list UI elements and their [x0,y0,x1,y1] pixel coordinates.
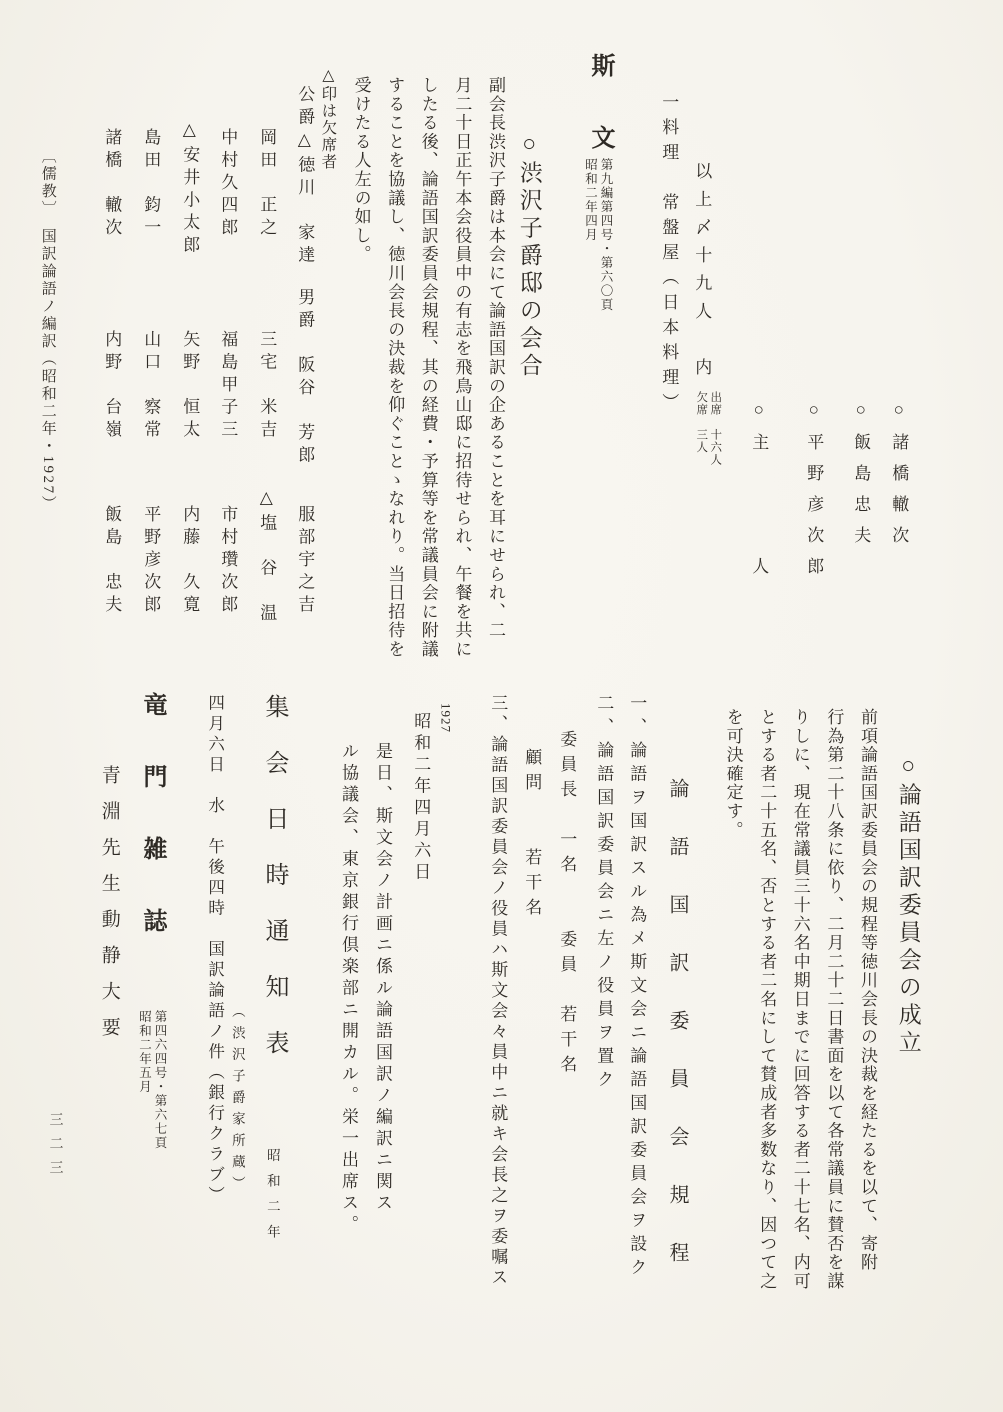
guest-name: 中村久四郎 [217,128,238,241]
guest-name: △塩 谷 温 [256,488,277,626]
notice-year: 昭和二年 [263,1148,280,1250]
guest-name: 公爵△徳川 家達 [294,85,315,268]
journal-citation-shibun: 第九編第四号・第六〇頁 昭和二年四月 [582,158,613,312]
paragraph-line: 月二十日正午本会役員中の有志を飛鳥山邸に招待せられ、午餐を共に [445,76,479,659]
paragraph-line: とする者二十五名、否とする者二名にして賛成者多数なり、因つて之 [750,708,784,1291]
guest-name: 三宅 米吉 [256,330,277,443]
margin-series-label: 〔儒教〕 国訳論語ノ編訳（昭和二年・1927） [38,148,57,513]
year-gregorian: 1927 [437,703,453,733]
guest-name: 平野彦次郎 [140,505,161,618]
guest-name: 諸橋 轍次 [101,128,122,241]
paragraph-line: 受けたる人左の如し。 [344,76,378,659]
guest-name: 山口 察常 [140,330,161,443]
guest-name: 飯島 忠夫 [101,505,122,618]
journal-citation-ryumon: 第四六四号・第六七頁 昭和二年五月 [136,1010,167,1150]
notice-title: 集会日時通知表 [259,694,289,1086]
paragraph-line: りしに、現在常議員三十六名中期日までに回答する者二十七名、内可 [783,708,817,1291]
guest-name: 服部宇之吉 [294,505,315,618]
section-heading-meeting: ○渋沢子爵邸の会合 [514,131,543,381]
notice-entry: 四月六日 水 午後四時 国訳論語ノ件（銀行クラブ） [204,694,225,1207]
paragraph-line: 行為第二十八条に依り、二月二十二日書面を以て各常議員に賛否を謀 [817,708,851,1291]
roll-name-host: ○主 人 [748,400,769,588]
regulation-item-1: 一、論語ヲ国訳スル為メ斯文会ニ論語国訳委員会ヲ設ク [626,694,647,1282]
guest-name: 内野 台嶺 [101,330,122,443]
citation-issue-page: 第九編第四号・第六〇頁 [598,158,614,312]
attendance-split-note: 出席 十六人 欠席 三人 [694,391,722,466]
regulation-item-3: 三、論語国訳委員会ノ役員ハ斯文会々員中ニ就キ会長之ヲ委嘱ス [487,694,508,1289]
attendance-total-text: 以上〆十九人 内 [692,162,711,386]
date-heading: 昭和二年四月六日 [410,712,431,884]
citation-date: 昭和二年四月 [582,158,598,312]
paragraph-line: することを協議し、徳川会長の決裁を仰ぐことゝなれり。当日招待を [378,76,412,659]
guest-name: 矢野 恒太 [179,330,200,443]
scanned-book-page: { "colors": { "paper": "#f6f4ee", "ink":… [0,0,1003,1412]
journal-title-ryumon: 竜門雑誌 [137,692,167,980]
paragraph-line: 副会長渋沢子爵は本会にて論語国訳の企あることを耳にせられ、二 [478,76,512,659]
roll-name-morohashi: ○諸橋轍次 [888,400,909,557]
section-heading-committee: ○論語国訳委員会の成立 [893,753,922,1058]
diary-paragraph: 是日、斯文会ノ計画ニ係ル論語国訳ノ編訳ニ関ス ル協議会、東京銀行倶楽部ニ開カル。… [331,742,399,1237]
guest-name: 島田 鈞一 [140,128,161,241]
regulation-item-2: 二、論語国訳委員会ニ左ノ役員ヲ置ク [593,694,614,1094]
attendance-present: 出席 十六人 [708,391,722,466]
committee-paragraph: 前項論語国訳委員会の規程等徳川会長の決裁を経たるを以て、寄附 行為第二十八条に依… [716,708,884,1291]
guest-name: 内藤 久寛 [179,505,200,618]
meeting-paragraph: 副会長渋沢子爵は本会にて論語国訳の企あることを耳にせられ、二 月二十日正午本会役… [344,76,512,659]
roll-name-hirano: ○平野彦次郎 [803,400,824,588]
attendance-total-line: 以上〆十九人 内 出席 十六人 欠席 三人 [691,162,722,466]
paragraph-line: を可決確定す。 [716,708,750,1291]
guest-name: 市村瓚次郎 [217,505,238,618]
attendance-absent: 欠席 三人 [694,391,708,466]
paragraph-line: 前項論語国訳委員会の規程等徳川会長の決裁を経たるを以て、寄附 [850,708,884,1291]
diary-line: ル協議会、東京銀行倶楽部ニ開カル。栄一出席ス。 [331,742,365,1237]
officers-line-1: 委員長 一名 委員 若干名 [556,730,577,1080]
citation-date: 昭和二年五月 [136,1010,152,1150]
officers-line-2: 顧問 若干名 [521,748,542,923]
guest-name: 男爵 阪谷 芳郎 [294,288,315,468]
catering-line: 一料理 常盤屋（日本料理） [658,93,679,418]
page-number: 三二三 [46,1112,64,1184]
roll-name-iijima: ○飯島忠夫 [850,400,871,557]
guest-name: 岡田 正之 [256,128,277,241]
citation-issue-page: 第四六四号・第六七頁 [152,1010,168,1150]
guest-name: 福島甲子三 [217,330,238,443]
notice-source: （渋沢子爵家所蔵） [228,1004,245,1198]
regulations-heading: 論語国訳委員会規程 [664,778,689,1300]
paragraph-line: したる後、論語国訳委員会規程、其の経費・予算等を常議員会に附議 [411,76,445,659]
article-title: 青淵先生動静大要 [97,765,121,1053]
diary-line: 是日、斯文会ノ計画ニ係ル論語国訳ノ編訳ニ関ス [365,742,399,1237]
absent-legend: △印は欠席者 [318,66,337,171]
guest-name: △安井小太郎 [179,120,200,258]
